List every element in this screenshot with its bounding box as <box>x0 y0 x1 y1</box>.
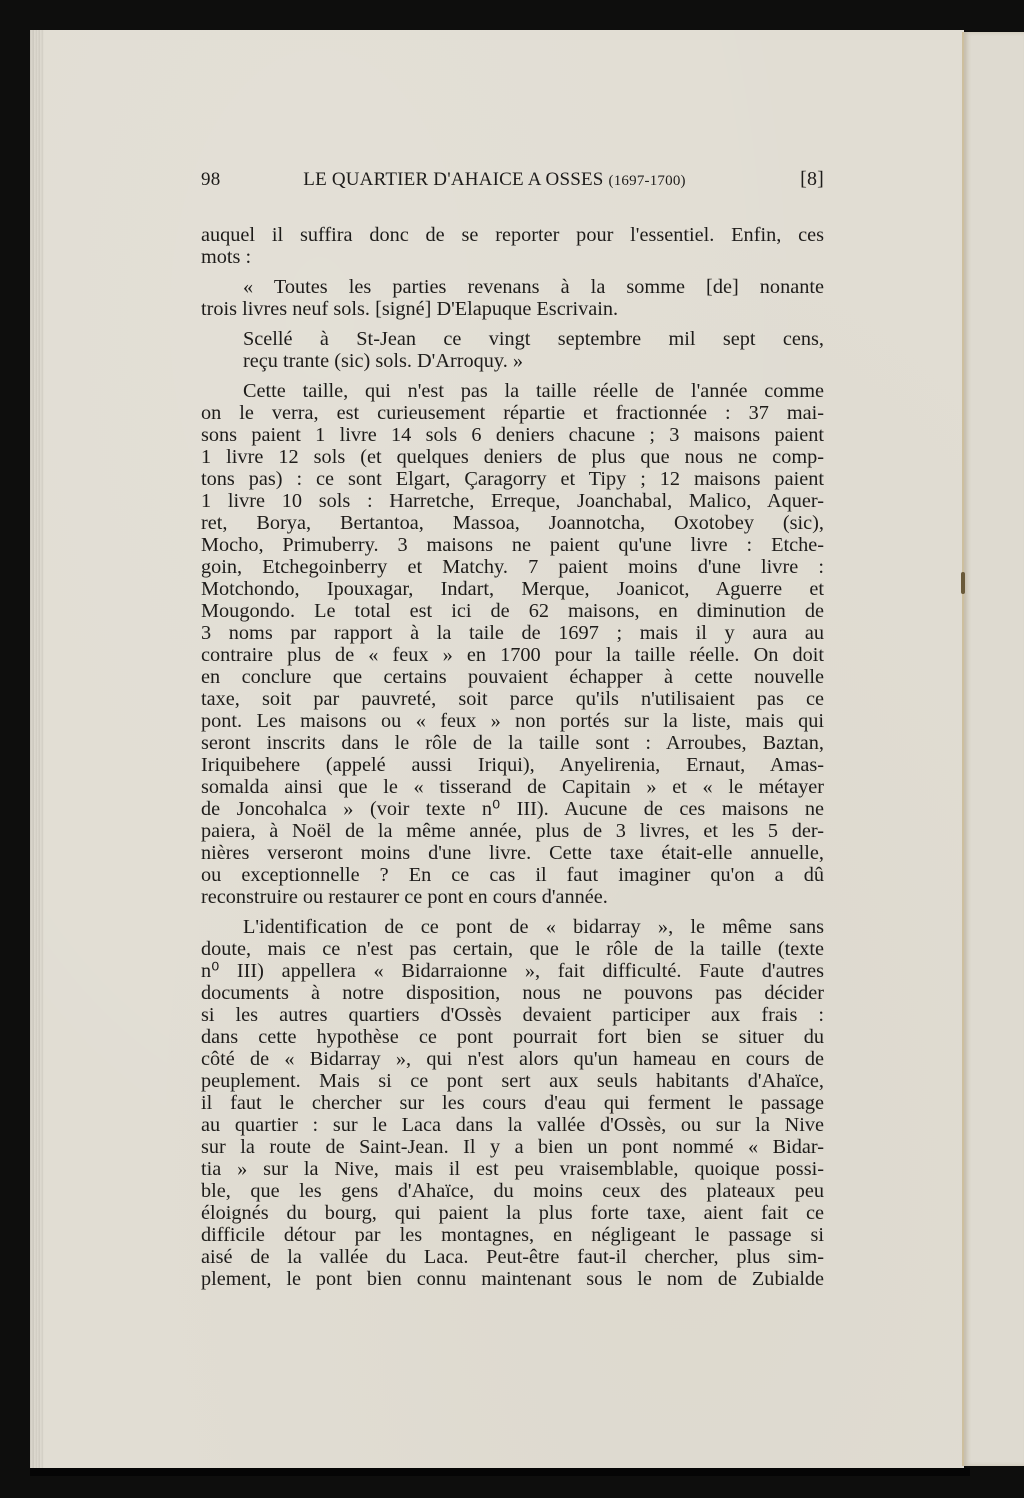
text-line: en conclure que certains pouvaient échap… <box>201 666 824 688</box>
text-line: n⁰ III) appellera « Bidarraionne », fait… <box>201 960 824 982</box>
running-head: 98 LE QUARTIER D'AHAICE A OSSES (1697-17… <box>201 168 824 198</box>
text-line: 3 noms par rapport à la taile de 1697 ; … <box>201 622 824 644</box>
text-line: 1 livre 12 sols (et quelques deniers de … <box>201 446 824 468</box>
text-line: nières verseront moins d'une livre. Cett… <box>201 842 824 864</box>
text-line: Motchondo, Ipouxagar, Indart, Merque, Jo… <box>201 578 824 600</box>
paragraph-gap <box>201 268 824 276</box>
text-line: auquel il suffira donc de se reporter po… <box>201 224 824 246</box>
page-shadow <box>30 1468 970 1476</box>
text-line: côté de « Bidarray », qui n'est alors qu… <box>201 1048 824 1070</box>
facing-page-edge <box>962 32 1024 1466</box>
text-line: pont. Les maisons ou « feux » non portés… <box>201 710 824 732</box>
text-line: au quartier : sur le Laca dans la vallée… <box>201 1114 824 1136</box>
text-line: reconstruire ou restaurer ce pont en cou… <box>201 886 824 908</box>
body-text: auquel il suffira donc de se reporter po… <box>201 224 824 1290</box>
text-line: difficile détour par les montagnes, en n… <box>201 1224 824 1246</box>
text-line: 1 livre 10 sols : Harretche, Erreque, Jo… <box>201 490 824 512</box>
running-title-text: LE QUARTIER D'AHAICE A OSSES <box>303 169 603 190</box>
text-line: tons pas) : ce sont Elgart, Çaragorry et… <box>201 468 824 490</box>
page-stain-mark <box>961 572 965 594</box>
scanned-book-page: 98 LE QUARTIER D'AHAICE A OSSES (1697-17… <box>0 0 1024 1498</box>
text-line: peuplement. Mais si ce pont sert aux seu… <box>201 1070 824 1092</box>
text-line: seront inscrits dans le rôle de la taill… <box>201 732 824 754</box>
text-line: contraire plus de « feux » en 1700 pour … <box>201 644 824 666</box>
text-line: tia » sur la Nive, mais il est peu vrais… <box>201 1158 824 1180</box>
text-line: ble, que les gens d'Ahaïce, du moins ceu… <box>201 1180 824 1202</box>
text-line: Mougondo. Le total est ici de 62 maisons… <box>201 600 824 622</box>
text-line: aisé de la vallée du Laca. Peut-être fau… <box>201 1246 824 1268</box>
paragraph-gap <box>201 320 824 328</box>
text-line: documents à notre disposition, nous ne p… <box>201 982 824 1004</box>
paragraph-gap <box>201 372 824 380</box>
paragraph: L'identification de ce pont de « bidarra… <box>201 916 824 1290</box>
text-line: « Toutes les parties revenans à la somme… <box>201 276 824 298</box>
text-line: ret, Borya, Bertantoa, Massoa, Joannotch… <box>201 512 824 534</box>
text-line: reçu trante (sic) sols. D'Arroquy. » <box>201 350 824 372</box>
text-line: éloignés du bourg, qui paient la plus fo… <box>201 1202 824 1224</box>
text-line: si les autres quartiers d'Ossès devaient… <box>201 1004 824 1026</box>
text-line: sur la route de Saint-Jean. Il y a bien … <box>201 1136 824 1158</box>
text-line: ou exceptionnelle ? En ce cas il faut im… <box>201 864 824 886</box>
text-line: plement, le pont bien connu maintenant s… <box>201 1268 824 1290</box>
paragraph-gap <box>201 908 824 916</box>
text-line: somalda ainsi que le « tisserand de Capi… <box>201 776 824 798</box>
text-line: trois livres neuf sols. [signé] D'Elapuq… <box>201 298 824 320</box>
paragraph: « Toutes les parties revenans à la somme… <box>201 276 824 320</box>
paragraph: auquel il suffira donc de se reporter po… <box>201 224 824 268</box>
text-line: de Joncohalca » (voir texte n⁰ III). Auc… <box>201 798 824 820</box>
text-line: sons paient 1 livre 14 sols 6 deniers ch… <box>201 424 824 446</box>
text-line: Scellé à St-Jean ce vingt septembre mil … <box>201 328 824 350</box>
text-line: doute, mais ce n'est pas certain, que le… <box>201 938 824 960</box>
text-line: L'identification de ce pont de « bidarra… <box>201 916 824 938</box>
text-line: dans cette hypothèse ce pont pourrait fo… <box>201 1026 824 1048</box>
paragraph: Scellé à St-Jean ce vingt septembre mil … <box>201 328 824 372</box>
text-line: il faut le chercher sur les cours d'eau … <box>201 1092 824 1114</box>
text-line: paiera, à Noël de la même année, plus de… <box>201 820 824 842</box>
section-marker: [8] <box>764 168 824 191</box>
text-line: Cette taille, qui n'est pas la taille ré… <box>201 380 824 402</box>
text-line: Mocho, Primuberry. 3 maisons ne paient q… <box>201 534 824 556</box>
text-line: taxe, soit par pauvreté, soit parce qu'i… <box>201 688 824 710</box>
running-title-dates: (1697-1700) <box>609 173 686 189</box>
text-line: on le verra, est curieusement répartie e… <box>201 402 824 424</box>
page-number: 98 <box>201 169 261 191</box>
running-title: LE QUARTIER D'AHAICE A OSSES (1697-1700) <box>261 169 764 191</box>
text-line: Iriquibehere (appelé aussi Iriqui), Anye… <box>201 754 824 776</box>
text-line: mots : <box>201 246 824 268</box>
text-block: 98 LE QUARTIER D'AHAICE A OSSES (1697-17… <box>201 168 824 1290</box>
paragraph: Cette taille, qui n'est pas la taille ré… <box>201 380 824 908</box>
text-line: goin, Etchegoinberry et Matchy. 7 paient… <box>201 556 824 578</box>
